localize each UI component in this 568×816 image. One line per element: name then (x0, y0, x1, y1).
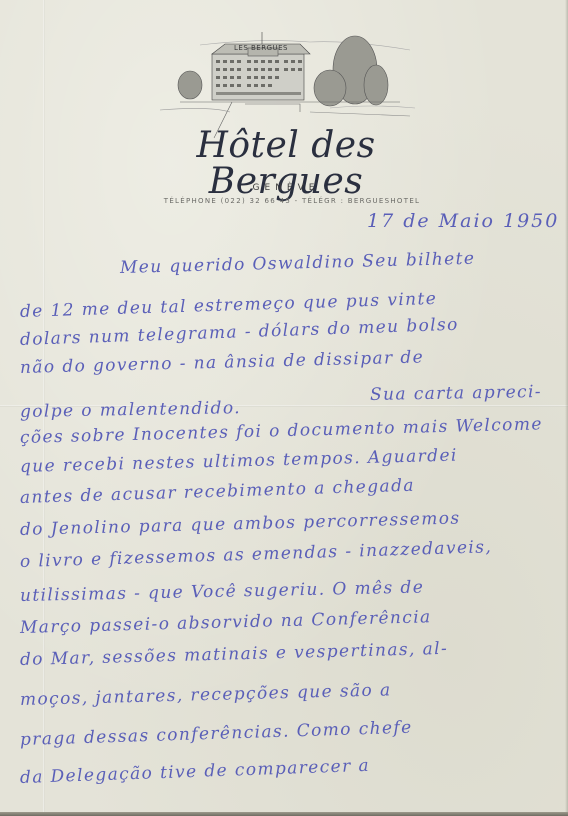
hotel-contact-line: TÉLÉPHONE (022) 32 66 45 - TÉLÉGR : BERG… (132, 197, 452, 205)
letter-line: moços, jantares, recepções que são a (20, 680, 392, 710)
paper-edge-bottom (0, 812, 568, 816)
letter-line: o livro e fizessemos as emendas - inazze… (20, 537, 493, 572)
letter-line: do Mar, sessões matinais e vespertinas, … (20, 639, 449, 670)
letterhead: LES BERGUES Hôtel des Bergues GENÈVE TÉL… (0, 0, 568, 215)
letter-line: da Delegação tive de comparecer a (20, 756, 371, 788)
letter-paper: LES BERGUES Hôtel des Bergues GENÈVE TÉL… (0, 0, 568, 816)
letter-date: 17 de Maio 1950 (367, 210, 559, 232)
letter-line: Meu querido Oswaldino Seu bilhete (120, 249, 476, 278)
letter-line: praga dessas conferências. Como chefe (20, 718, 413, 750)
letter-line: Sua carta apreci- (370, 382, 542, 405)
letter-line: que recebi nestes ultimos tempos. Aguard… (20, 446, 458, 477)
letter-line: antes de acusar recebimento a chegada (20, 476, 415, 508)
letter-line: utilissimas - que Você sugeriu. O mês de (20, 578, 425, 606)
hotel-city: GENÈVE (136, 183, 436, 193)
letter-line: não do governo - na ânsia de dissipar de (20, 347, 425, 378)
letter-line: Março passei-o absorvido na Conferência (20, 607, 432, 638)
illustration-label: LES BERGUES (234, 44, 288, 52)
letter-line: dolars num telegrama - dólars do meu bol… (20, 315, 459, 350)
letter-line: do Jenolino para que ambos percorressemo… (20, 508, 461, 540)
letter-line: golpe o malentendido. (20, 398, 241, 422)
